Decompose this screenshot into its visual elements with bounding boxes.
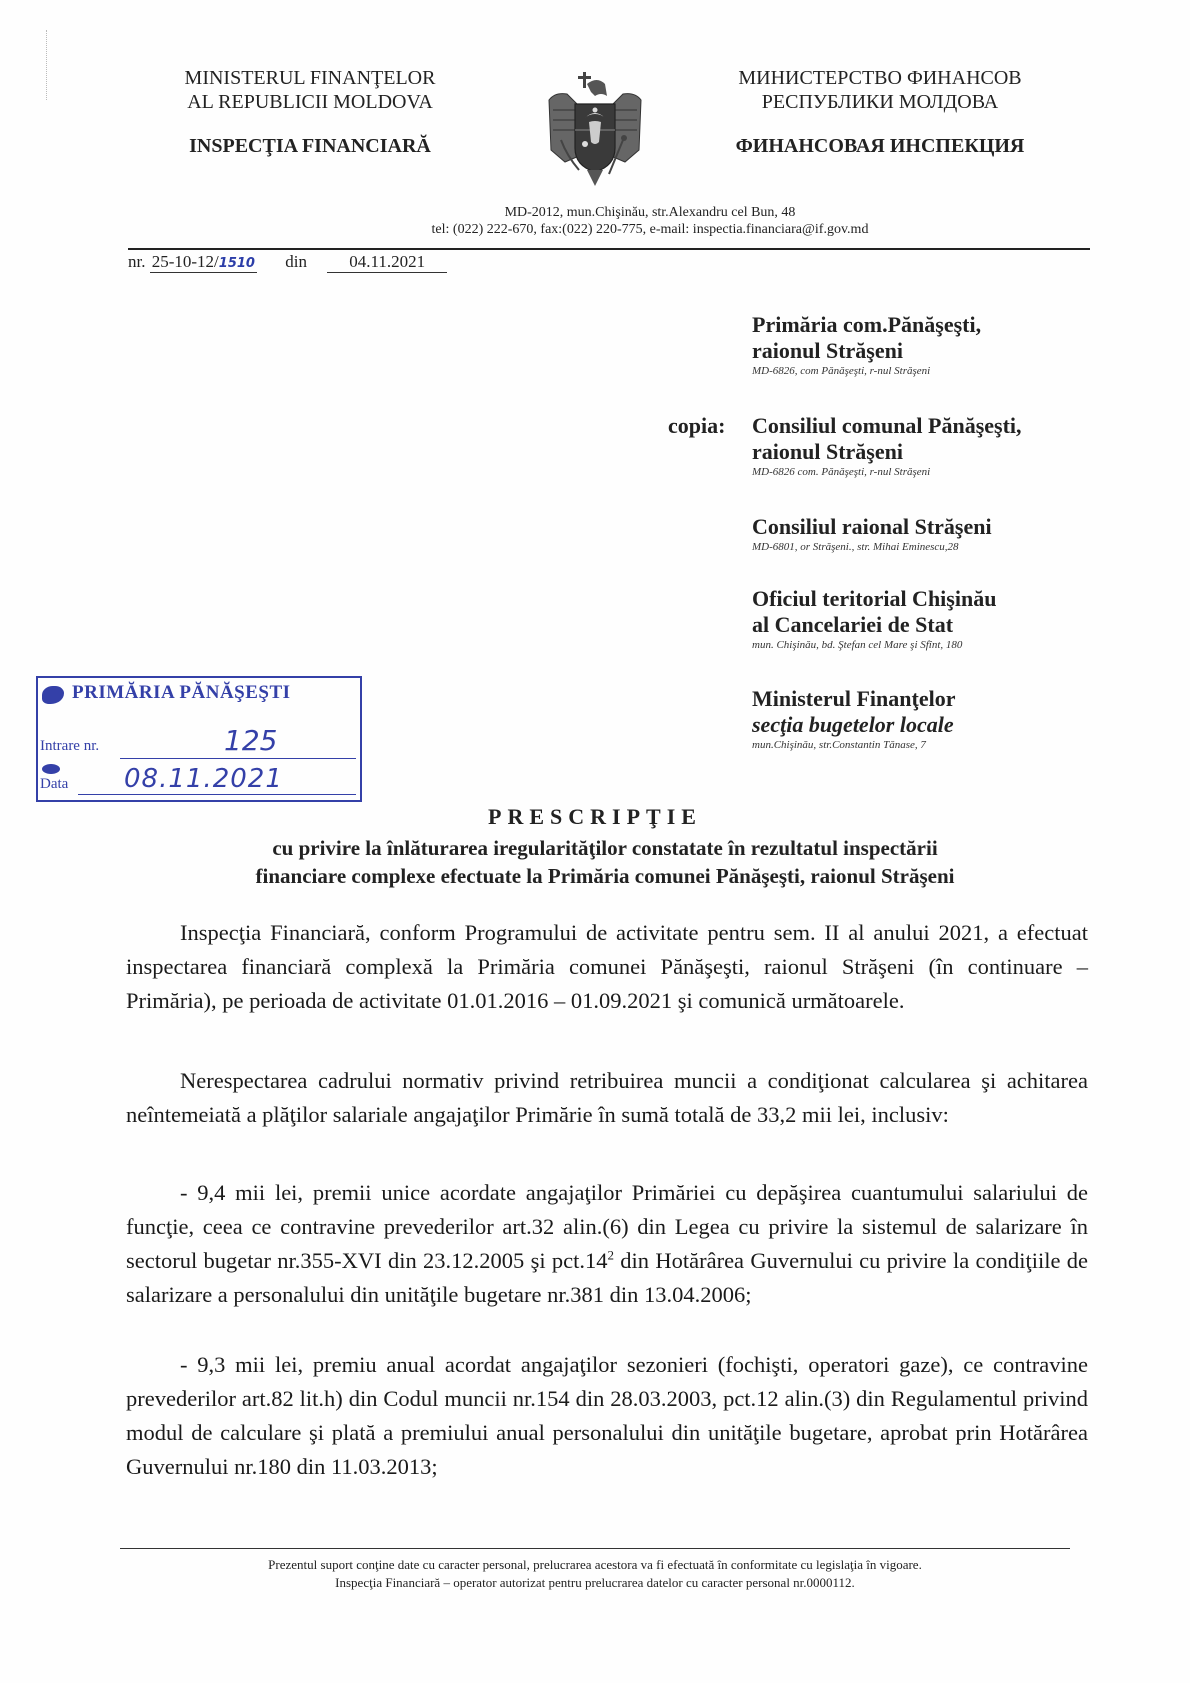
- recipient-name-line1: Ministerul Finanţelor: [752, 686, 955, 712]
- header-left-institution: MINISTERUL FINANŢELOR AL REPUBLICII MOLD…: [150, 66, 470, 158]
- footer-line1: Prezentul suport conţine date cu caracte…: [120, 1556, 1070, 1574]
- document-subtitle-line2: financiare complexe efectuate la Primări…: [140, 862, 1070, 890]
- body-item-1: - 9,4 mii lei, premii unice acordate ang…: [126, 1176, 1088, 1312]
- ink-blot: [42, 686, 64, 704]
- institution-address: MD-2012, mun.Chişinău, str.Alexandru cel…: [300, 204, 1000, 221]
- recipient-copy-1: Consiliul comunal Pănăşeşti, raionul Str…: [752, 413, 1022, 479]
- recipient-copy-4: Ministerul Finanţelor secţia bugetelor l…: [752, 686, 955, 752]
- header-divider: [128, 248, 1090, 250]
- inspection-name-ro: INSPECŢIA FINANCIARĂ: [150, 134, 470, 158]
- body-paragraph-intro: Inspecţia Financiară, conform Programulu…: [126, 916, 1088, 1018]
- body-paragraph-violation: Nerespectarea cadrului normativ privind …: [126, 1064, 1088, 1132]
- paragraph-text: - 9,3 mii lei, premiu anual acordat anga…: [126, 1348, 1088, 1484]
- stamp-intrare-value: 125: [224, 724, 277, 757]
- document-subtitle: cu privire la înlăturarea iregularităţil…: [140, 834, 1070, 890]
- stamp-intrare-line: [120, 758, 356, 759]
- nr-label: nr.: [128, 252, 145, 271]
- recipient-copy-2: Consiliul raional Străşeni MD-6801, or S…: [752, 514, 992, 554]
- institution-phone-email: tel: (022) 222-670, fax:(022) 220-775, e…: [300, 221, 1000, 238]
- recipient-name-line1: Oficiul teritorial Chişinău: [752, 586, 996, 612]
- moldova-coat-of-arms-icon: [545, 70, 645, 188]
- recipient-name-line1: Consiliul raional Străşeni: [752, 514, 992, 540]
- ministry-name-ru-line2: РЕСПУБЛИКИ МОЛДОВА: [700, 90, 1060, 114]
- registration-number: 25-10-12/1510: [150, 252, 257, 273]
- stamp-data-line: [78, 794, 356, 795]
- paragraph-text: Nerespectarea cadrului normativ privind …: [126, 1064, 1088, 1132]
- registration-number-handwritten: 1510: [219, 256, 255, 271]
- footer-disclaimer: Prezentul suport conţine date cu caracte…: [120, 1556, 1070, 1592]
- recipient-name-line2: raionul Străşeni: [752, 338, 981, 364]
- footer-line2: Inspecţia Financiară – operator autoriza…: [120, 1574, 1070, 1592]
- recipient-address: MD-6801, or Străşeni., str. Mihai Emines…: [752, 540, 992, 554]
- registration-date: 04.11.2021: [327, 252, 447, 273]
- ink-blot: [42, 764, 60, 774]
- recipient-primary: Primăria com.Pănăşeşti, raionul Străşeni…: [752, 312, 981, 378]
- ministry-name-ro-line1: MINISTERUL FINANŢELOR: [150, 66, 470, 90]
- scan-artifact: [46, 30, 48, 100]
- ministry-name-ro-line2: AL REPUBLICII MOLDOVA: [150, 90, 470, 114]
- document-title: PRESCRIPŢIE: [0, 804, 1190, 830]
- document-subtitle-line1: cu privire la înlăturarea iregularităţil…: [140, 834, 1070, 862]
- stamp-data-value: 08.11.2021: [124, 764, 283, 794]
- footer-divider: [120, 1548, 1070, 1549]
- recipient-address: mun.Chişinău, str.Constantin Tănase, 7: [752, 738, 955, 752]
- recipient-name-line1: Consiliul comunal Pănăşeşti,: [752, 413, 1022, 439]
- recipient-name-line2: al Cancelariei de Stat: [752, 612, 996, 638]
- recipient-copy-3: Oficiul teritorial Chişinău al Cancelari…: [752, 586, 996, 652]
- stamp-data-label: Data: [40, 776, 68, 793]
- stamp-title: PRIMĂRIA PĂNĂŞEŞTI: [72, 682, 291, 704]
- stamp-intrare-label: Intrare nr.: [40, 738, 99, 755]
- inspection-name-ru: ФИНАНСОВАЯ ИНСПЕКЦИЯ: [700, 134, 1060, 158]
- recipient-address: mun. Chişinău, bd. Ştefan cel Mare şi Sf…: [752, 638, 996, 652]
- copia-label: copia:: [668, 413, 725, 439]
- din-label: din: [285, 252, 307, 271]
- incoming-registration-stamp: PRIMĂRIA PĂNĂŞEŞTI Intrare nr. 125 Data …: [36, 676, 362, 802]
- recipient-department: secţia bugetelor locale: [752, 712, 954, 737]
- recipient-name-line1: Primăria com.Pănăşeşti,: [752, 312, 981, 338]
- registration-number-line: nr. 25-10-12/1510 din 04.11.2021: [128, 252, 447, 273]
- body-item-2: - 9,3 mii lei, premiu anual acordat anga…: [126, 1348, 1088, 1484]
- paragraph-text: - 9,4 mii lei, premii unice acordate ang…: [126, 1176, 1088, 1312]
- recipient-address: MD-6826, com Pănăşeşti, r-nul Străşeni: [752, 364, 981, 378]
- registration-number-printed: 25-10-12/: [152, 252, 219, 271]
- ministry-name-ru-line1: МИНИСТЕРСТВО ФИНАНСОВ: [700, 66, 1060, 90]
- recipient-name-line2: raionul Străşeni: [752, 439, 1022, 465]
- header-right-institution: МИНИСТЕРСТВО ФИНАНСОВ РЕСПУБЛИКИ МОЛДОВА…: [700, 66, 1060, 158]
- paragraph-text: Inspecţia Financiară, conform Programulu…: [126, 916, 1088, 1018]
- recipient-address: MD-6826 com. Pănăşeşti, r-nul Străşeni: [752, 465, 1022, 479]
- institution-contact: MD-2012, mun.Chişinău, str.Alexandru cel…: [300, 204, 1000, 238]
